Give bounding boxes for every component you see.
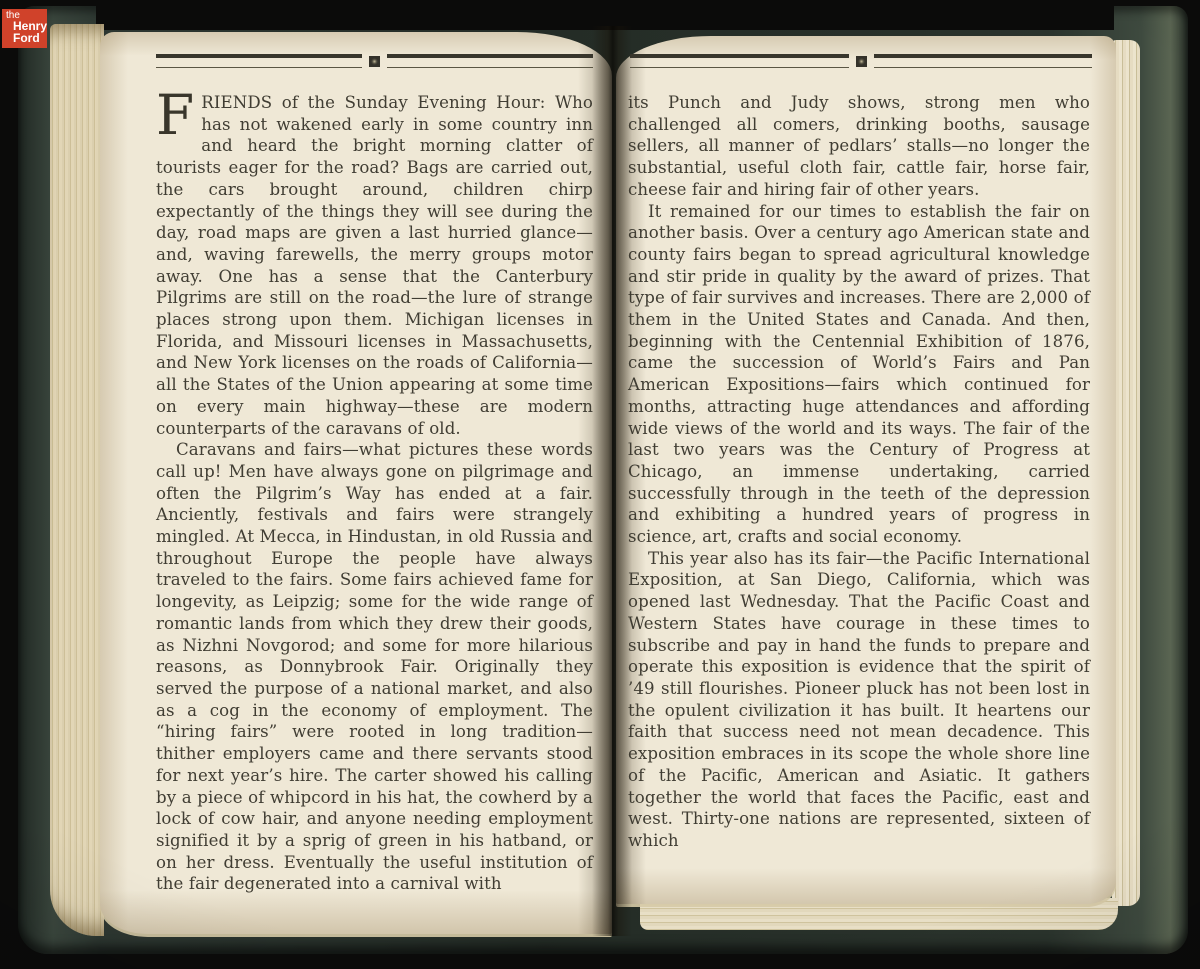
paragraph: This year also has its fair—the Pacific …: [628, 548, 1090, 852]
logo-word-ford: Ford: [13, 31, 40, 45]
left-page-head-rule: [156, 54, 593, 68]
drop-cap: F: [156, 92, 201, 137]
book-photograph: FRIENDS of the Sunday Evening Hour: Who …: [0, 0, 1200, 969]
head-rule-segment: [630, 54, 849, 68]
paragraph-text: RIENDS of the Sunday Evening Hour: Who h…: [156, 93, 593, 438]
paragraph: Caravans and fairs—what pictures these w…: [156, 439, 593, 895]
paragraph: its Punch and Judy shows, strong men who…: [628, 92, 1090, 201]
paragraph: It remained for our times to establish t…: [628, 201, 1090, 548]
left-page-text: FRIENDS of the Sunday Evening Hour: Who …: [156, 92, 593, 895]
right-page: its Punch and Judy shows, strong men who…: [616, 36, 1116, 904]
head-rule-segment: [874, 54, 1093, 68]
left-page: FRIENDS of the Sunday Evening Hour: Who …: [100, 32, 612, 934]
head-rule-segment: [387, 54, 593, 68]
right-page-text: its Punch and Judy shows, strong men who…: [628, 92, 1090, 852]
background-top: [96, 0, 1114, 30]
folio-ornament: [856, 56, 867, 67]
paragraph: FRIENDS of the Sunday Evening Hour: Who …: [156, 92, 593, 439]
head-rule-segment: [156, 54, 362, 68]
folio-ornament: [369, 56, 380, 67]
page-edges-left-stack: [50, 24, 104, 936]
right-page-head-rule: [630, 54, 1092, 68]
page-edges-right-stack: [1112, 40, 1140, 906]
henry-ford-logo: the Henry Ford: [2, 9, 47, 48]
